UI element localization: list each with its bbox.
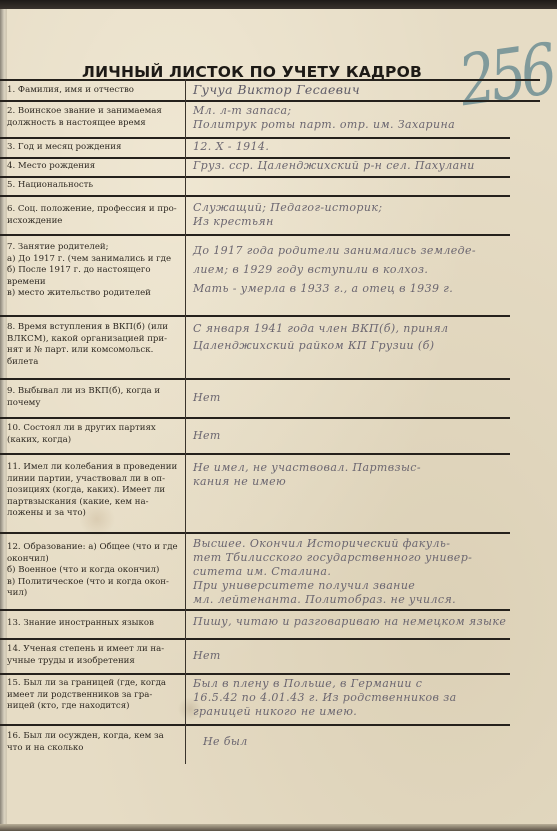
field-label-left-party: 9. Выбывал ли из ВКП(б), когда и почему (7, 386, 179, 409)
field-value-parents-occupation: До 1917 года родители занимались земледе… (193, 241, 557, 298)
rule (0, 673, 510, 675)
column-divider (185, 79, 186, 764)
rule (0, 638, 510, 640)
field-label-nationality: 5. Национальность (7, 180, 179, 192)
field-label-social-status: 6. Соц. положение, профессия и про- исхо… (7, 204, 179, 227)
scan-top-border (0, 0, 557, 9)
personnel-form-page: ЛИЧНЫЙ ЛИСТОК ПО УЧЕТУ КАДРОВ 256 1. Фам… (7, 9, 557, 824)
field-value-party-deviations: Не имел, не участвовал. Партвзыс- кания … (193, 461, 557, 489)
field-value-birth-date: 12. X - 1914. (193, 140, 557, 154)
rule (0, 176, 510, 178)
field-value-abroad: Был в плену в Польше, в Германии с 16.5.… (193, 677, 557, 719)
rule (0, 417, 510, 419)
field-value-academic-degree: Нет (193, 649, 557, 663)
rule (0, 724, 510, 726)
field-value-foreign-languages: Пишу, читаю и разговариваю на немецком я… (193, 615, 557, 629)
scan-left-edge (0, 9, 7, 831)
field-label-birth-date: 3. Год и месяц рождения (7, 142, 179, 154)
field-label-education: 12. Образование: а) Общее (что и где око… (7, 542, 179, 600)
field-label-full-name: 1. Фамилия, имя и отчество (7, 85, 179, 97)
rule (0, 532, 510, 534)
field-label-birth-place: 4. Место рождения (7, 161, 179, 173)
field-label-convicted: 16. Был ли осужден, когда, кем за что и … (7, 731, 179, 754)
field-label-military-rank: 2. Воинское звание и занимаемая должност… (7, 106, 179, 129)
field-value-military-rank: Мл. л-т запаса; Политрук роты парт. отр.… (193, 104, 557, 132)
scan-bottom-edge (0, 824, 557, 831)
rule (0, 378, 510, 380)
rule (0, 234, 510, 236)
field-value-birth-place: Груз. сср. Цаленджихский р-н сел. Пахула… (193, 159, 557, 173)
field-value-other-parties: Нет (193, 429, 557, 443)
rule (0, 100, 540, 102)
field-label-academic-degree: 14. Ученая степень и имеет ли на- учные … (7, 644, 179, 667)
field-label-parents-occupation: 7. Занятие родителей; а) До 1917 г. (чем… (7, 242, 179, 300)
rule (0, 453, 510, 455)
field-label-abroad: 15. Был ли за границей (где, когда имеет… (7, 678, 179, 713)
rule (0, 79, 540, 81)
rule (0, 609, 510, 611)
field-value-convicted: Не был (203, 735, 557, 749)
field-value-party-membership: С января 1941 года член ВКП(б), принял Ц… (193, 320, 557, 354)
field-value-left-party: Нет (193, 391, 557, 405)
field-label-other-parties: 10. Состоял ли в других партиях (каких, … (7, 423, 179, 446)
field-value-social-status: Служащий; Педагог-историк; Из крестьян (193, 201, 557, 229)
field-label-party-membership: 8. Время вступления в ВКП(б) (или ВЛКСМ)… (7, 322, 179, 368)
field-label-foreign-languages: 13. Знание иностранных языков (7, 618, 179, 630)
field-value-full-name: Гучуа Виктор Гесаевич (193, 83, 557, 97)
rule (0, 315, 510, 317)
field-label-party-deviations: 11. Имел ли колебания в проведении линии… (7, 462, 179, 520)
rule (0, 137, 510, 139)
field-value-education: Высшее. Окончил Исторический факуль- тет… (193, 537, 557, 607)
rule (0, 195, 510, 197)
